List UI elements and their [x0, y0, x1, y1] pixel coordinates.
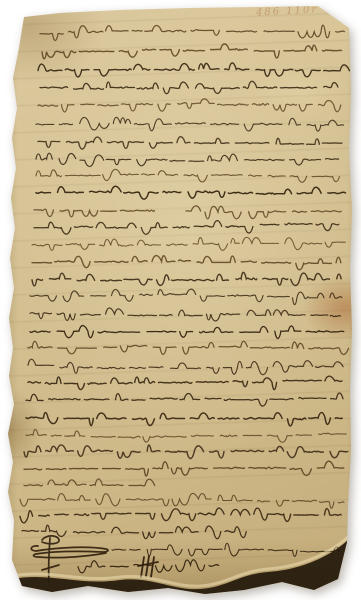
manuscript-line	[38, 137, 342, 149]
manuscript-line	[24, 461, 344, 476]
manuscript-line	[24, 479, 155, 486]
manuscript-line	[20, 508, 341, 523]
manuscript-line	[112, 543, 339, 556]
manuscript-line	[28, 341, 349, 354]
manuscript-line	[36, 169, 339, 182]
manuscript-line	[26, 413, 342, 426]
manuscript-line	[36, 186, 346, 199]
manuscript-line	[38, 63, 350, 77]
bottom-edge-shadow	[0, 538, 361, 600]
manuscript-line	[28, 359, 343, 374]
manuscript-lines	[20, 25, 350, 573]
manuscript-line	[20, 493, 344, 508]
manuscript-line	[32, 272, 341, 286]
manuscript-line	[26, 393, 343, 406]
parchment-wrap: 486 110r	[0, 0, 361, 600]
manuscript-line	[26, 429, 346, 442]
manuscript-line	[38, 99, 341, 112]
manuscript-line	[32, 237, 345, 250]
notarial-flourish-ffff	[138, 556, 158, 577]
manuscript-ink-layer	[0, 0, 361, 600]
parchment-document: 486 110r	[0, 0, 361, 600]
manuscript-line	[36, 153, 339, 166]
manuscript-line	[32, 256, 341, 270]
manuscript-line	[34, 221, 339, 235]
manuscript-line	[40, 81, 338, 94]
manuscript-line	[30, 289, 342, 305]
manuscript-line	[28, 376, 342, 389]
manuscript-line	[36, 117, 344, 131]
manuscript-line	[30, 326, 344, 339]
manuscript-line	[30, 308, 340, 321]
manuscript-line	[24, 445, 348, 459]
scan-background: { "page": { "background": "#ffffff" }, "…	[0, 0, 361, 600]
manuscript-line	[40, 25, 344, 40]
manuscript-line	[42, 44, 342, 59]
manuscript-line	[34, 206, 341, 219]
